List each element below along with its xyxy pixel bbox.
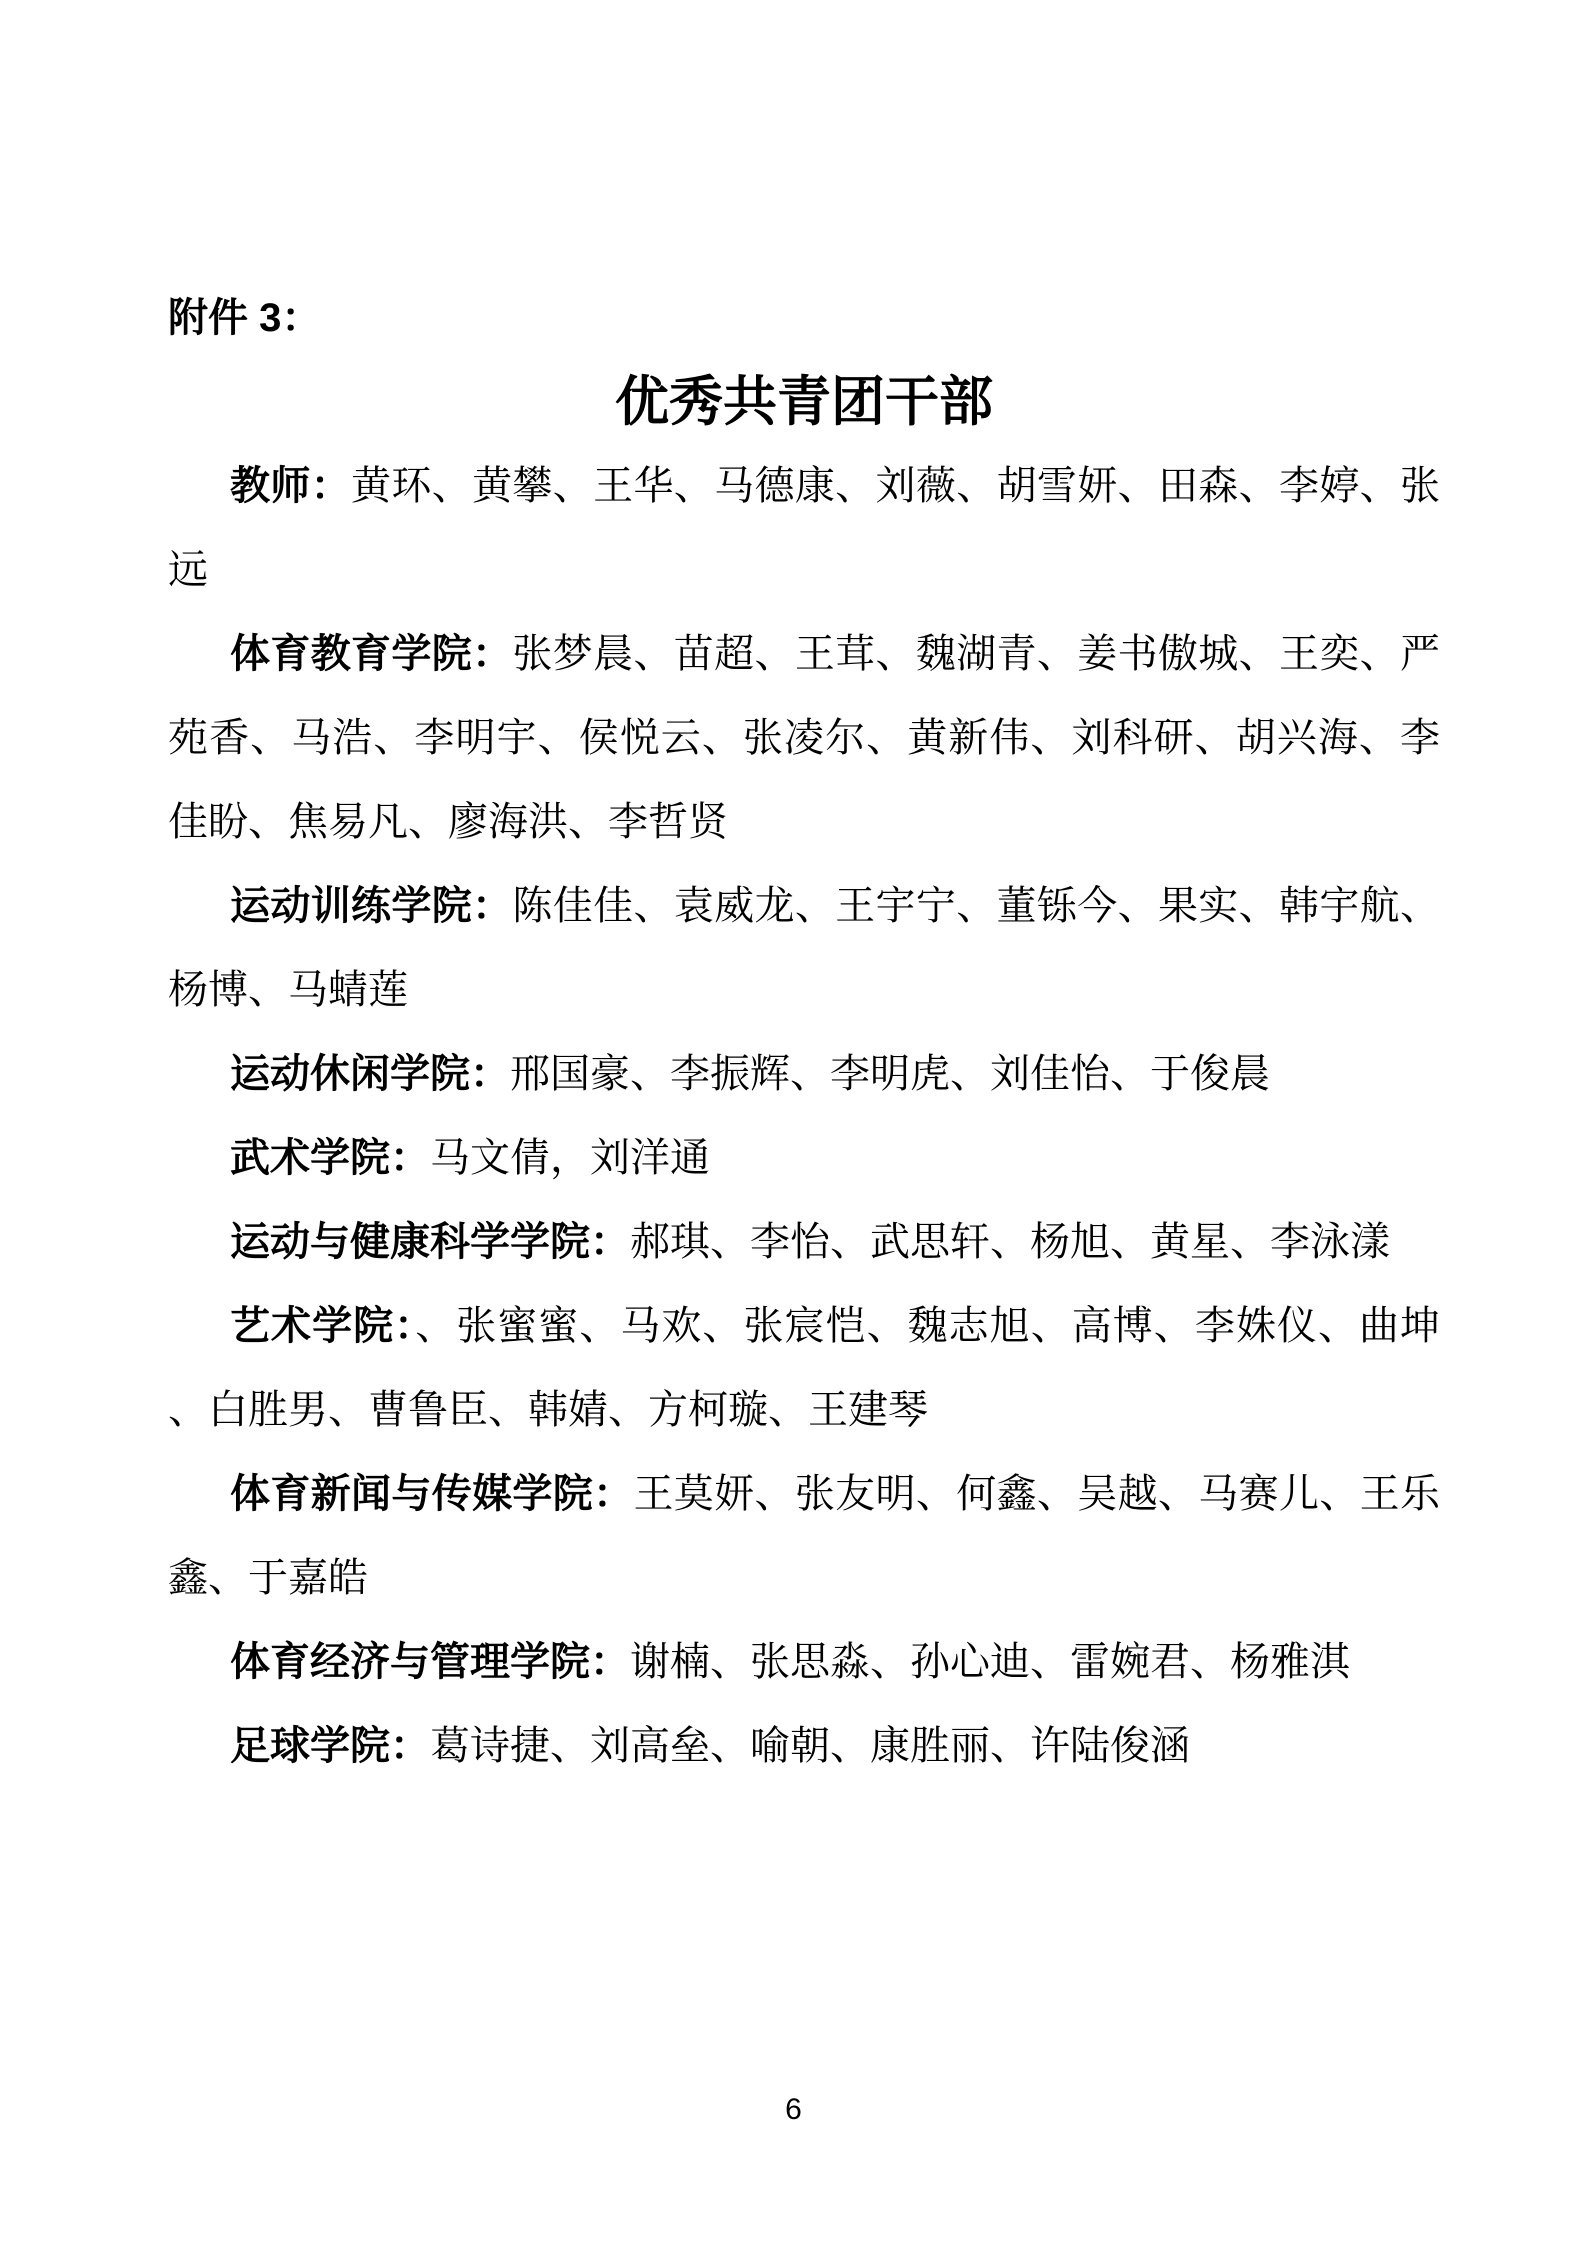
page-title: 优秀共青团干部 <box>168 360 1440 444</box>
section-paragraph: 体育教育学院：张梦晨、苗超、王茸、魏湖青、姜书傲城、王奕、严苑香、马浩、李明宇、… <box>168 612 1440 864</box>
document-page: 附件 3： 优秀共青团干部 教师：黄环、黄攀、王华、马德康、刘薇、胡雪妍、田森、… <box>0 0 1587 2245</box>
section-paragraph: 足球学院：葛诗捷、刘高垒、喻朝、康胜丽、许陆俊涵 <box>168 1704 1440 1788</box>
section-names: 马文倩，刘洋通 <box>430 1135 710 1180</box>
page-number: 6 <box>0 2095 1587 2125</box>
section-paragraph: 体育经济与管理学院：谢楠、张思淼、孙心迪、雷婉君、杨雅淇 <box>168 1620 1440 1704</box>
section-label: 体育经济与管理学院： <box>230 1639 630 1684</box>
section-paragraph: 运动休闲学院：邢国豪、李振辉、李明虎、刘佳怡、于俊晨 <box>168 1032 1440 1116</box>
section-label: 运动休闲学院： <box>230 1051 510 1096</box>
section-label: 体育新闻与传媒学院： <box>230 1471 633 1516</box>
section-paragraph: 运动训练学院：陈佳佳、袁威龙、王宇宁、董铄今、果实、韩宇航、杨博、马蜻莲 <box>168 864 1440 1032</box>
section-names: 郝琪、李怡、武思轩、杨旭、黄星、李泳漾 <box>630 1219 1390 1264</box>
section-paragraph: 运动与健康科学学院：郝琪、李怡、武思轩、杨旭、黄星、李泳漾 <box>168 1200 1440 1284</box>
section-label: 运动与健康科学学院： <box>230 1219 630 1264</box>
section-names: 谢楠、张思淼、孙心迪、雷婉君、杨雅淇 <box>630 1639 1350 1684</box>
section-names: 邢国豪、李振辉、李明虎、刘佳怡、于俊晨 <box>510 1051 1270 1096</box>
section-label: 武术学院： <box>230 1135 430 1180</box>
section-label: 教师： <box>230 463 351 508</box>
section-label: 艺术学院： <box>230 1303 415 1348</box>
document-content: 附件 3： 优秀共青团干部 教师：黄环、黄攀、王华、马德康、刘薇、胡雪妍、田森、… <box>168 276 1440 1788</box>
section-label: 运动训练学院： <box>230 883 512 928</box>
section-paragraph: 教师：黄环、黄攀、王华、马德康、刘薇、胡雪妍、田森、李婷、张远 <box>168 444 1440 612</box>
section-label: 足球学院： <box>230 1723 430 1768</box>
section-paragraph: 艺术学院：、张蜜蜜、马欢、张宸恺、魏志旭、高博、李姝仪、曲坤、白胜男、曹鲁臣、韩… <box>168 1284 1440 1452</box>
section-names: 黄环、黄攀、王华、马德康、刘薇、胡雪妍、田森、李婷、张远 <box>168 463 1440 592</box>
section-paragraph: 体育新闻与传媒学院：王莫妍、张友明、何鑫、吴越、马赛儿、王乐鑫、于嘉皓 <box>168 1452 1440 1620</box>
award-list: 教师：黄环、黄攀、王华、马德康、刘薇、胡雪妍、田森、李婷、张远 体育教育学院：张… <box>168 444 1440 1788</box>
section-label: 体育教育学院： <box>230 631 512 676</box>
attachment-label: 附件 3： <box>168 276 1440 360</box>
section-names: 葛诗捷、刘高垒、喻朝、康胜丽、许陆俊涵 <box>430 1723 1190 1768</box>
section-paragraph: 武术学院：马文倩，刘洋通 <box>168 1116 1440 1200</box>
